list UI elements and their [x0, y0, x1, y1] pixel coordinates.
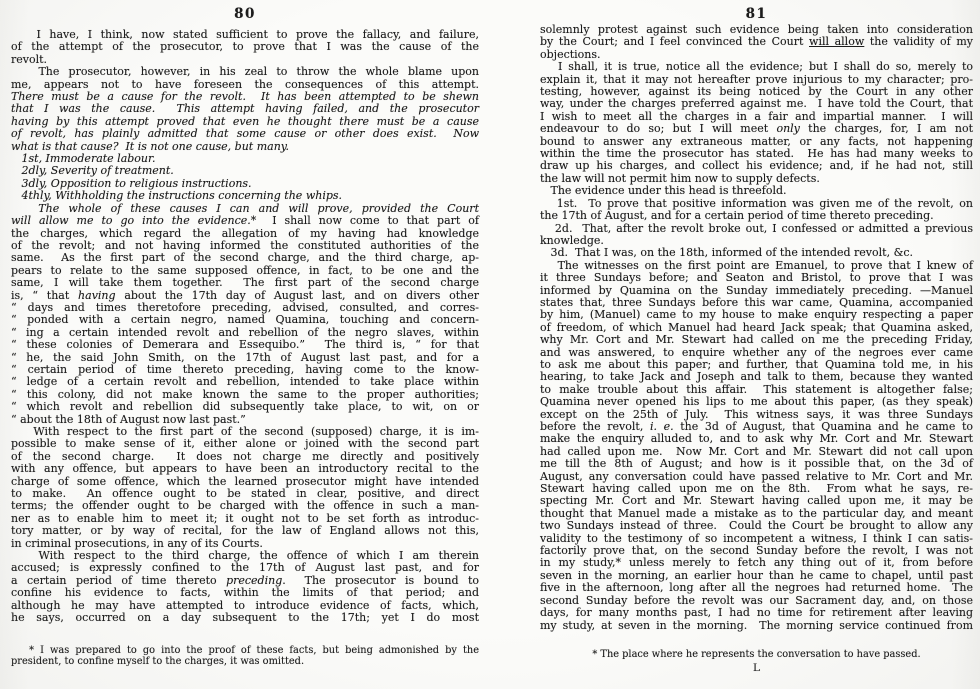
- text-line: “ which revolt and rebellion did subsequ…: [11, 401, 479, 413]
- page-81-body-text: solemnly protest against such evidence b…: [540, 24, 973, 632]
- text-line: two Sundays instead of three. Could the …: [540, 520, 973, 532]
- text-line: same. As the first part of the second ch…: [11, 252, 479, 264]
- text-line: my study, at seven in the morning. The m…: [540, 620, 973, 632]
- text-line: he says, occurred on a day subsequent to…: [11, 612, 479, 624]
- text-line: possible to make sense of it, either alo…: [11, 438, 479, 450]
- text-line: specting Mr. Cort and Mr. Stewart having…: [540, 495, 973, 507]
- text-line: 2dly, Severity of treatment.: [11, 165, 479, 177]
- text-line: it three Sundays before; and Seaton and …: [540, 272, 973, 284]
- text-line: by the Court; and I feel convinced the C…: [540, 36, 973, 48]
- text-line: confine his evidence to facts, within th…: [11, 587, 479, 599]
- text-line: endeavour to do so; but I will meet only…: [540, 123, 973, 135]
- text-line: days, for many months past, I had no tim…: [540, 607, 973, 619]
- text-line: of revolt, has plainly admitted that som…: [11, 128, 479, 140]
- text-line: * The place where he represents the conv…: [540, 649, 973, 661]
- text-line: Quamina never opened his lips to me abou…: [540, 396, 973, 408]
- text-line: the 17th of August, and for a certain pe…: [540, 210, 973, 222]
- text-line: by him, (Manuel) came to my house to mak…: [540, 309, 973, 321]
- text-line: 4thly, Withholding the instructions conc…: [11, 190, 479, 202]
- page-80-footnote: * I was prepared to go into the proof of…: [11, 645, 479, 668]
- text-line: make the enquiry alluded to, and to ask …: [540, 433, 973, 445]
- text-line: * I was prepared to go into the proof of…: [11, 645, 479, 657]
- text-line: The evidence under this head is threefol…: [540, 185, 973, 197]
- text-line: “ ponded with a certain negro, named Qua…: [11, 314, 479, 326]
- text-line: 2d. That, after the revolt broke out, I …: [540, 223, 973, 235]
- text-line: terms; the offender ought to be charged …: [11, 500, 479, 512]
- text-line: hearing, to take Jack and Joseph and tal…: [540, 371, 973, 383]
- printer-signature-mark: L: [540, 662, 973, 675]
- text-line: tory matter, or by way of recital, for t…: [11, 525, 479, 537]
- text-line: “ these colonies of Demerara and Essequi…: [11, 339, 479, 351]
- scanned-book-spread: { "paper_color": "#fbfbf9", "ink_color":…: [0, 0, 980, 689]
- text-line: draw up his charges, and collect his evi…: [540, 160, 973, 172]
- text-line: president, to confine myself to the char…: [11, 656, 479, 668]
- text-line: five in the afternoon, long after all th…: [540, 582, 973, 594]
- text-line: with any offence, but appears to have be…: [11, 463, 479, 475]
- text-line: that I was the cause. This attempt havin…: [11, 103, 479, 115]
- page-81-footnote: * The place where he represents the conv…: [540, 649, 973, 661]
- text-line: The prosecutor, however, in his zeal to …: [11, 66, 479, 78]
- text-line: way, under the charges preferred against…: [540, 98, 973, 110]
- text-line: I shall, it is true, notice all the evid…: [540, 61, 973, 73]
- text-line: me till the 8th of August; and how is it…: [540, 458, 973, 470]
- text-line: “ ledge of a certain revolt and rebellio…: [11, 376, 479, 388]
- text-line: of the attempt of the prosecutor, to pro…: [11, 41, 479, 53]
- page-number-left: 80: [11, 6, 479, 23]
- page-80: 80 I have, I think, now stated sufficien…: [11, 6, 479, 668]
- text-line: 3d. That I was, on the 18th, informed of…: [540, 247, 973, 259]
- text-line: will allow me to go into the evidence.* …: [11, 215, 479, 227]
- text-line: why Mr. Cort and Mr. Stewart had called …: [540, 334, 973, 346]
- page-80-body-text: I have, I think, now stated sufficient t…: [11, 29, 479, 625]
- text-line: in my study,* unless merely to fetch any…: [540, 557, 973, 569]
- page-81: 81 solemnly protest against such evidenc…: [540, 6, 973, 675]
- page-number-right: 81: [540, 6, 973, 23]
